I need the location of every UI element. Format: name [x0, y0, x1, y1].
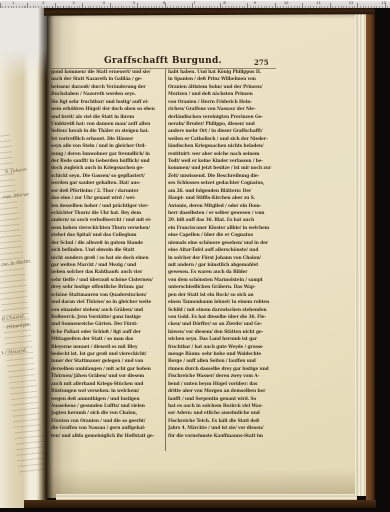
text-line: hat es auch in solchem Bezirck viel Was-: [168, 403, 280, 410]
text-line: gewesen. Es waren auch da Bilder: [168, 269, 280, 276]
margin-note-fragment: d Chastel,: [2, 315, 26, 323]
text-line: habt haben. Und hat König Philippus II.: [168, 69, 280, 76]
ruler-number: 12: [349, 1, 354, 6]
text-line: nem hohen viereckichten Thurn versehen/: [51, 225, 163, 232]
text-line: rinnen durch dasselbe drey gar lustige u…: [168, 366, 280, 373]
book-scan-photo: S. Johannrue, Moruene, la Motte,d Chaste…: [0, 0, 390, 512]
text-line: ländischen Kriegssachen nichts beladen/: [168, 143, 280, 150]
text-line: andere mehr Ort / in dieser Graffschafft…: [168, 128, 280, 135]
book-cover-edge-right: [366, 9, 375, 506]
text-line: nach der Statt Nazareth in Galiläa / ge-: [51, 76, 163, 83]
text-line: doch zugleich auch in Kriegssachen ge-: [51, 165, 163, 172]
text-line: das eine / zur Uhr genant wird / wei-: [51, 195, 163, 202]
ruler-numbers: 12345678910111213: [12, 1, 386, 6]
text-line: laufft / und Serpentin genant wird. So: [168, 396, 280, 403]
ruler-number: 4: [103, 1, 105, 6]
text-line: schickt seyn. Die Gassen/ so gepflastert…: [51, 173, 163, 180]
text-line: in solcher der Fürst Johann von Chalon/: [168, 255, 280, 262]
measuring-ruler: 12345678910111213: [0, 0, 390, 8]
margin-note-fragment: t / Nouard,: [2, 348, 28, 356]
gutter-shadow: [38, 7, 54, 508]
ruler-number: 2: [42, 1, 44, 6]
text-line: werden gar sauber gehalten. Hat/ aus-: [51, 180, 163, 187]
text-line: dritte aber von Morgen an demselben her: [168, 388, 280, 395]
book-page: Graffschafft Burgund. 275 gund kommen/ d…: [47, 12, 356, 498]
text-line: und daran viel Thürne/ so in gleicher we…: [51, 299, 163, 306]
text-line: Sie ligt sehr fruchtbar/ und lustig/ auf…: [51, 99, 163, 106]
left-column-lines: gund kommen/ die Statt erneuert/ und sie…: [51, 69, 163, 440]
text-line: bedeckt ist. Ist gar groß und viereckich…: [51, 351, 163, 358]
text-line: in Spanien / deß Prinz Wilhelmen von: [168, 76, 280, 83]
column-divider-rule: [165, 69, 166, 451]
text-line: ser deß Pförtleins / 2. Thor / darunter: [51, 188, 163, 195]
left-text-column: gund kommen/ die Statt erneuert/ und sie…: [51, 69, 163, 441]
text-line: seyn alle von Stein / und in gleicher Or…: [51, 143, 163, 150]
text-line: drey sehr lustige offentliche Brünn: gar: [51, 284, 163, 291]
text-line: 29. biß auff das 36. Blat. Es hat auch: [168, 217, 280, 224]
text-line: fruchtbar / hat auch gute Weyde / grosse: [168, 344, 280, 351]
text-line: Todt/ weil er keine Kinder verlassen / b…: [168, 158, 280, 165]
text-line: eine Capellen / über die er Cognatus: [168, 232, 280, 239]
right-text-column: habt haben. Und hat König Philippus II.i…: [168, 69, 280, 441]
text-line: liche Pallast oder Schloß / ligt auff de…: [51, 329, 163, 336]
text-line: unterschiedlichen Gräbern. Das Wap-: [168, 284, 280, 291]
text-line: Fischreiche Wasser/ deren zwey vom A-: [168, 373, 280, 380]
text-line: neben solcher das Rahthauß: auch vier: [51, 269, 163, 276]
text-line: der Schul / die allezeit in gutem Stande: [51, 240, 163, 247]
text-line: Jagten herumb / sich die von Chalon,: [51, 410, 163, 417]
margin-note-fragment: S. Johann: [5, 168, 28, 176]
text-line: Zeit/ unwissend. Die Beschreibung die-: [168, 173, 280, 180]
text-line: inner der Stattmauer gelegen / und von: [51, 358, 163, 365]
text-line: Jahrs 4. Märckte / und ist sie/ vor dies…: [168, 425, 280, 432]
text-line: Mittagseiten der Statt / so man das: [51, 336, 163, 343]
text-line: andern/ so auch verbollwerckt / und mit …: [51, 217, 163, 224]
text-columns: gund kommen/ die Statt erneuert/ und sie…: [51, 69, 279, 451]
text-line: von einander stehen/ auch Gräben/ und: [51, 307, 163, 314]
text-line: pen der Statt ist ein Bock/ so sich an: [168, 292, 280, 299]
ruler-number: 6: [163, 1, 165, 6]
text-line: Morizen / und deß nächsten Prinzen: [168, 91, 280, 98]
text-line: Thürnen/ jähen Gräben/ und vor diesem: [51, 373, 163, 380]
text-line: cken/ und Dörffer/ so an Zierde/ und Ge-: [168, 321, 280, 328]
text-line: Haupt- und Stiffts-Kirchen aber zu S.: [168, 195, 280, 202]
text-line: ser Adern: und etliche ansehnliche und: [168, 410, 280, 417]
text-line: Seiten/ herab in die Thäler zu steigen h…: [51, 128, 163, 135]
text-line: kommen/ und jetzt besitze / ist mir noch…: [168, 165, 280, 172]
text-line: Antonio, deren Mitglied / oder ein Dom-: [168, 203, 280, 210]
text-line: Bleyerne nennet / dieweil es mit Bley: [51, 344, 163, 351]
text-line: schöne Stattmauren von Quaderstucken/: [51, 292, 163, 299]
right-column-lines: habt haben. Und hat König Philippus II.i…: [168, 69, 280, 440]
ruler-number: 5: [133, 1, 135, 6]
text-line: herr daselbsten / er selber gewesen / vo…: [168, 210, 280, 217]
text-line: niemals eine schönere gesehen/ und in de…: [168, 240, 280, 247]
ruler-number: 3: [72, 1, 74, 6]
margin-note-fragment: ne, la Motte,: [2, 259, 32, 268]
text-line: sich befinden. Und obwoln die Statt: [51, 247, 163, 254]
text-line: menge Bäum: sehr hohe und Waldechte: [168, 351, 280, 358]
text-line: nem erhöhten Hügel/ der doch oben so ebe…: [51, 106, 163, 113]
text-line: für die vornehmste Kauffmanns-Statt im: [168, 433, 280, 440]
text-line: Aussehens / gesunden Luffts/ und vielen: [51, 403, 163, 410]
fore-edge-pages: [355, 13, 366, 496]
book-cover-edge-bottom: [24, 500, 376, 508]
text-line: Schild / mit einem darzwischen stehenden: [168, 307, 280, 314]
text-line: wichen seyn. Das Land herumb ist gar: [168, 336, 280, 343]
text-line: der Rede sanfft/ in Geberden höfflich/ u…: [51, 158, 163, 165]
text-line: eine Altar-Tafel auff allerschönste/ und: [168, 247, 280, 254]
ruler-number: 13: [381, 1, 386, 6]
text-line: eckichter Thurn/ die Uhr hat. Bey dem: [51, 210, 163, 217]
text-line: neraln/ Bruder/ Philippo, diesen/ und: [168, 121, 280, 128]
text-line: mit andern / gar künstlich abgemahlet: [168, 262, 280, 269]
ruler-number: 8: [223, 1, 225, 6]
margin-note-fragment: Hippolyte,: [7, 323, 32, 331]
text-line: restituirt: wer aber solche nach seinem: [168, 151, 280, 158]
ruler-number: 7: [193, 1, 195, 6]
text-line: von Oranien / Herrn Friderich Hein-: [168, 99, 280, 106]
text-line: stehet das Spital/ und das Collegium: [51, 232, 163, 239]
text-line: gar weiten Marckt / und Mezig / und: [51, 262, 163, 269]
text-line: bend / unten beym Hügel vorüber: das: [168, 381, 280, 388]
text-line: Berge / auff allen Seiten / lauffen und: [168, 358, 280, 365]
text-line: und Sonnenreiche Gärten. Der Fürst-: [51, 321, 163, 328]
ruler-number: 1: [12, 1, 14, 6]
text-line: Buchstaben / Nazoreth worden seye.: [51, 91, 163, 98]
text-line: ten/ und allda gemeiniglich ihr Hoffstat…: [51, 433, 163, 440]
margin-note-fragment: rue, Morue: [3, 192, 30, 200]
text-line: heissen/ darauß/ durch Veränderung der: [51, 84, 163, 91]
text-line: am 26. und folgenden Blättern: Der: [168, 188, 280, 195]
running-header-title: Graffschafft Burgund.: [104, 56, 222, 66]
ruler-number: 11: [316, 1, 321, 6]
text-line: nicht sonders groß / so hat sie doch ein…: [51, 255, 163, 262]
text-line: und breit/ als viel die Statt in ihrem: [51, 114, 163, 121]
text-line: Rüstungen wol versehen: in welchem/: [51, 388, 163, 395]
page-number: 275: [254, 58, 269, 67]
text-line: Fürsten von Oranien / und die so geerbt/: [51, 418, 163, 425]
ruler-number: 10: [284, 1, 289, 6]
text-line: Ist vortrefflich erbauet. Die Häuser: [51, 136, 163, 143]
text-line: nung / deren Innwohner gar freundlich/ i…: [51, 151, 163, 158]
text-line: derländischen vereinigten Provinzen Ge-: [168, 114, 280, 121]
text-line: bäwen/ vor diesem/ den Stätten nicht ge-: [168, 329, 280, 336]
text-line: einen Tannenbaum lehnet/ in einem rohten: [168, 299, 280, 306]
text-line: die Graffen von Nassau / gern auffgehal-: [51, 425, 163, 432]
text-line: ses Schlosses setzet gedachter Cognatus,: [168, 180, 280, 187]
text-line: wegen deß anmuthigen / und lustigen: [51, 396, 163, 403]
ruler-number: 9: [254, 1, 256, 6]
text-line: len desselben hoher / und prächtiger vie…: [51, 203, 163, 210]
text-line: richen/ Graffens von Nassau/ der Nie-: [168, 106, 280, 113]
